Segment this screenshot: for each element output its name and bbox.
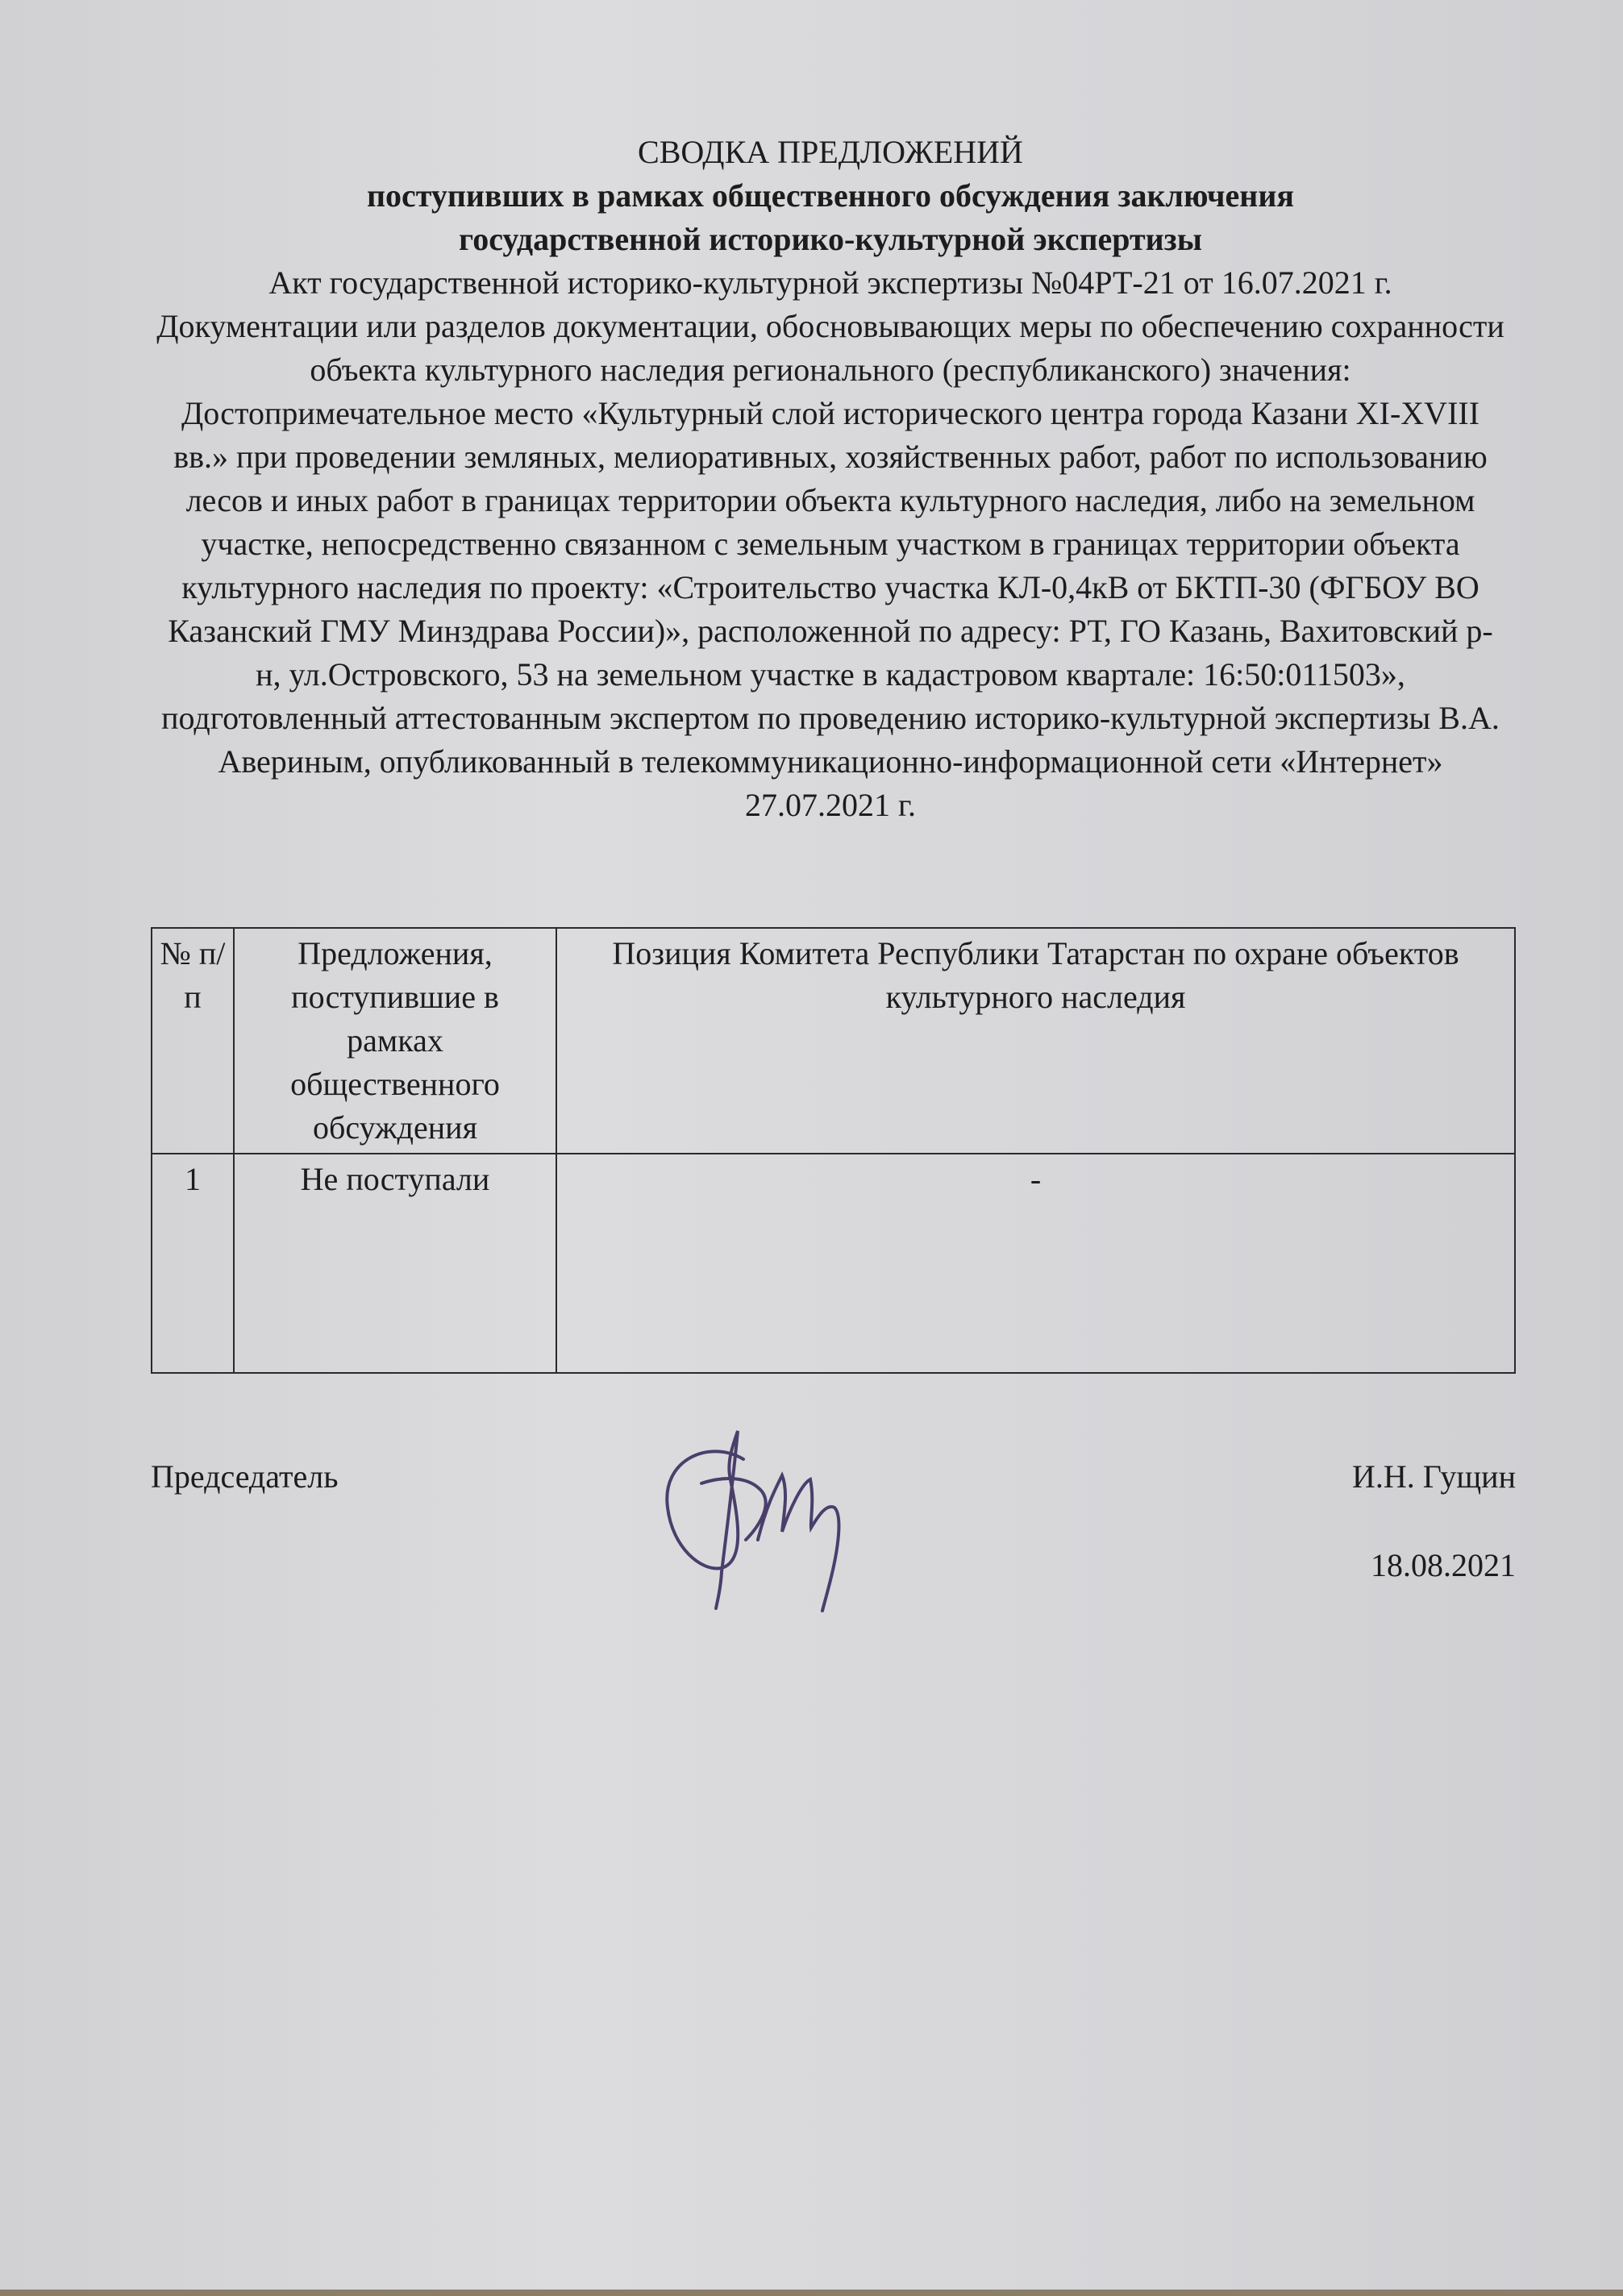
column-header-number: № п/п <box>152 928 234 1154</box>
column-header-proposals: Предложения, поступившие в рамках общест… <box>234 928 556 1154</box>
column-header-position: Позиция Комитета Республики Татарстан по… <box>556 928 1515 1154</box>
signature-date: 18.08.2021 <box>1371 1544 1516 1587</box>
signatory-name: И.Н. Гущин <box>1352 1455 1516 1499</box>
handwritten-signature-icon <box>653 1427 927 1612</box>
act-reference: Акт государственной историко-культурной … <box>145 261 1516 305</box>
cell-number: 1 <box>152 1154 234 1373</box>
document-subtitle-line2: государственной историко-культурной эксп… <box>145 218 1516 261</box>
document-description: Документации или разделов документации, … <box>145 305 1516 827</box>
document-header: СВОДКА ПРЕДЛОЖЕНИЙ поступивших в рамках … <box>145 131 1516 827</box>
document-subtitle-line1: поступивших в рамках общественного обсуж… <box>145 174 1516 218</box>
document-page: СВОДКА ПРЕДЛОЖЕНИЙ поступивших в рамках … <box>0 0 1623 2290</box>
cell-position: - <box>556 1154 1515 1373</box>
proposals-table: № п/п Предложения, поступившие в рамках … <box>151 927 1516 1374</box>
table-row: 1 Не поступали - <box>152 1154 1515 1373</box>
table-header-row: № п/п Предложения, поступившие в рамках … <box>152 928 1515 1154</box>
document-title: СВОДКА ПРЕДЛОЖЕНИЙ <box>145 131 1516 174</box>
cell-proposal: Не поступали <box>234 1154 556 1373</box>
surface-edge <box>0 2290 1623 2296</box>
signatory-role: Председатель <box>151 1455 338 1499</box>
